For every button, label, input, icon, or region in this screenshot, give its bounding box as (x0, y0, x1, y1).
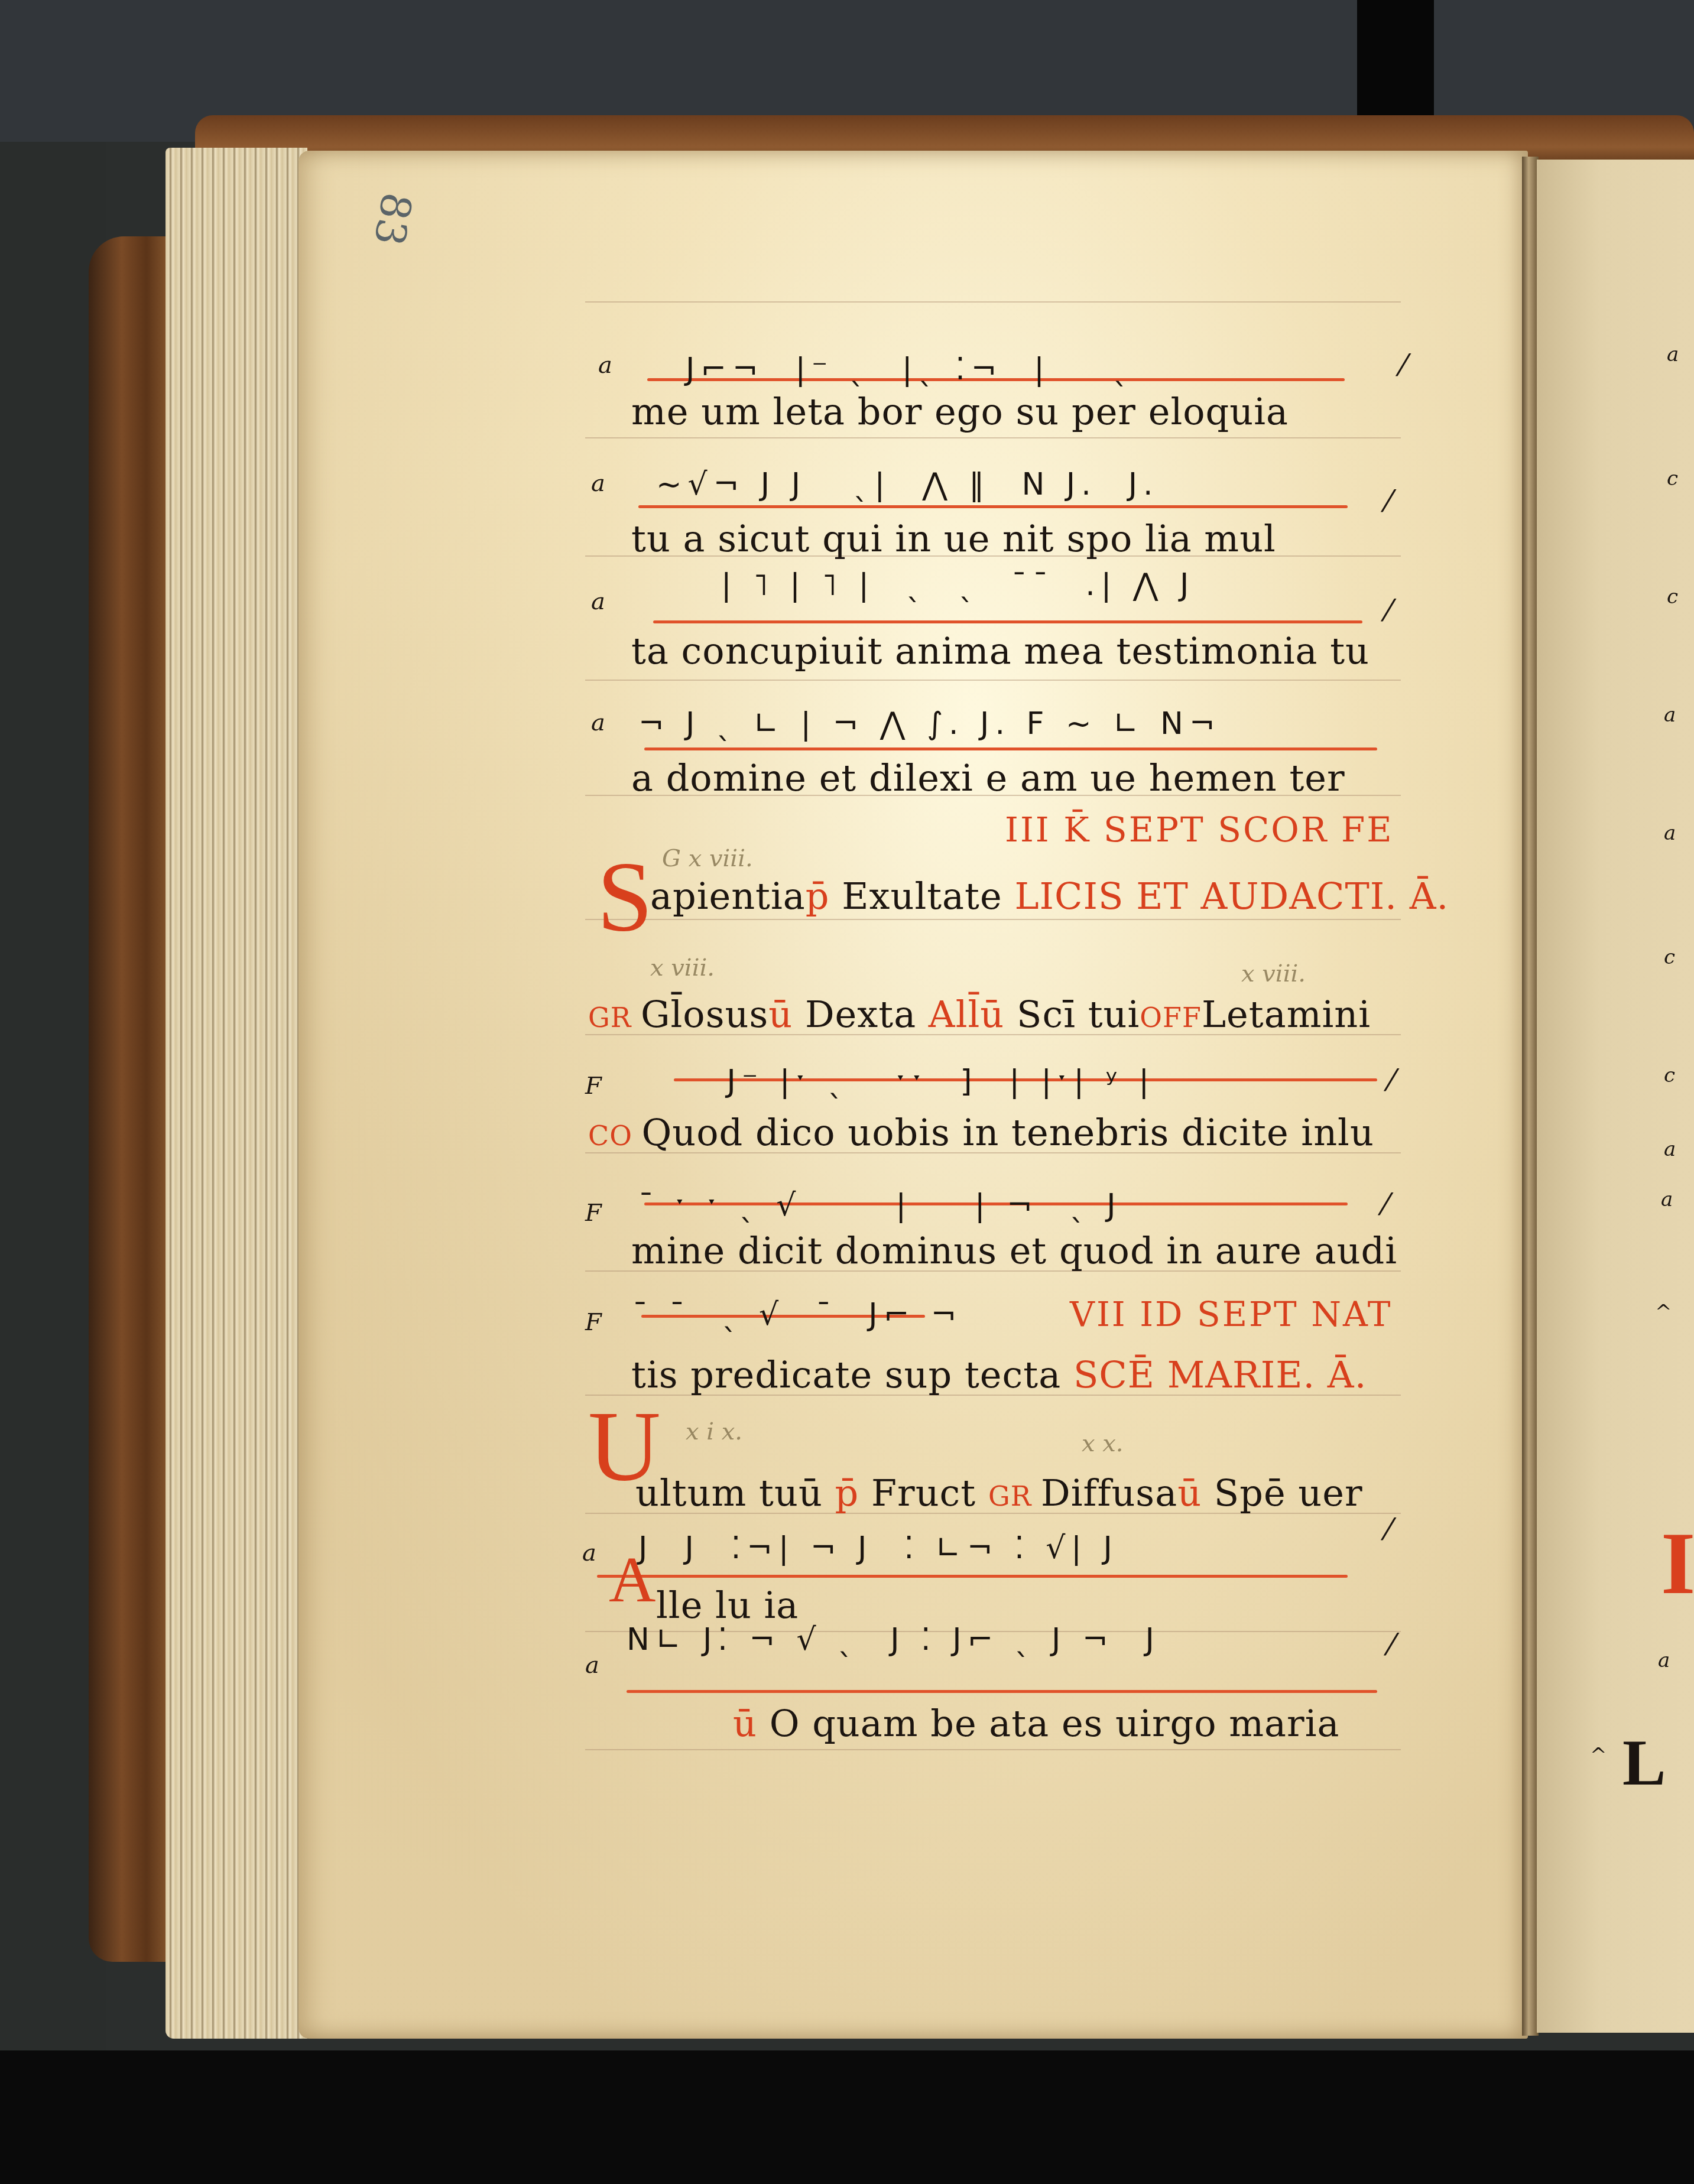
text-span: Quod dico uobis in tenebris dicite inlu (642, 1111, 1374, 1154)
facing-initial: L (1622, 1725, 1666, 1800)
neume-row: ˉ ˉ ˎ √ ˉ J⌐ ¬ (632, 1297, 962, 1332)
neume-row: J J ⁚¬| ¬ J ⁚ ∟¬ ⁚ √| J (638, 1530, 1118, 1566)
ruling-line (585, 680, 1401, 681)
text-span: Gl̄osus (641, 993, 768, 1036)
custos-mark: ⁄ (1389, 1064, 1394, 1098)
neume-row: N∟ J⁚ ¬ √ ˎ J ⁚ J⌐ ˎ J ¬ J (627, 1622, 1160, 1657)
feast-rubric: VII ID SEPT NAT (1070, 1294, 1392, 1334)
lyric-text: ta concupiuit anima mea testimonia tu (631, 629, 1370, 672)
lyric-text: CO Quod dico uobis in tenebris dicite in… (588, 1111, 1374, 1154)
clef-letter: a (591, 470, 605, 497)
text-span: Fruct (859, 1471, 988, 1514)
text-span: Exultate (830, 875, 1015, 918)
custos-mark: ⁄ (1389, 1628, 1394, 1662)
facing-margin-mark: c (1667, 467, 1678, 490)
facing-margin-mark: a (1664, 703, 1676, 727)
backdrop-slot (1357, 0, 1434, 118)
leather-binding-left (89, 236, 171, 1962)
red-staff-line (638, 505, 1348, 508)
lyric-text: tu a sicut qui in ue nit spo lia mul (631, 517, 1276, 560)
red-staff-line (653, 620, 1362, 623)
neume-row: ¬ J ˎ ∟ | ¬ ⋀ ∫. J. F ~ ∟ N¬ (638, 706, 1221, 742)
facing-margin-mark: a (1664, 1137, 1676, 1161)
clef-letter: a (591, 588, 605, 615)
text-span: Letamini (1202, 993, 1371, 1036)
facing-margin-mark: a (1667, 343, 1679, 366)
clef-letter: a (585, 1652, 599, 1679)
red-staff-line (597, 1575, 1348, 1578)
custos-mark: ⁄ (1386, 485, 1391, 519)
red-staff-line (627, 1690, 1377, 1693)
clef-letter: a (582, 1539, 596, 1566)
rubric-span: ū (733, 1702, 770, 1745)
rubric-span: GR (988, 1480, 1041, 1512)
lyric-text: ū O quam be ata es uirgo maria (733, 1702, 1339, 1745)
ruling-line (585, 1749, 1401, 1750)
decorated-initial-s: S (597, 839, 653, 954)
facing-margin-mark: ^ (1590, 1743, 1607, 1767)
text-span: Scī tui (1017, 993, 1140, 1036)
rubric-span: p̄ (835, 1471, 859, 1514)
rubric-span: ū (1177, 1471, 1214, 1514)
facing-page (1537, 160, 1694, 2033)
rubric-span: SCĒ MARIE. Ā. (1073, 1353, 1367, 1396)
mode-annotation: x viii. (650, 954, 715, 981)
book-gutter (1522, 157, 1539, 2036)
text-span: Dexta (805, 993, 929, 1036)
lyric-text: lle lu ia (656, 1584, 799, 1627)
red-staff-line (644, 747, 1377, 750)
lyric-text: tis predicate sup tecta SCĒ MARIE. Ā. (631, 1353, 1367, 1396)
facing-margin-mark: a (1664, 821, 1676, 845)
text-span: Spē uer (1214, 1471, 1363, 1514)
folio-number: 83 (364, 189, 421, 249)
mode-annotation: x viii. (1241, 960, 1306, 987)
ruling-line (585, 919, 1401, 920)
rubric-span: All̄ū (929, 993, 1017, 1036)
custos-mark: ⁄ (1386, 1513, 1391, 1547)
lyric-text: ultum tuū p̄ Fruct GR Diffusaū Spē uer (635, 1471, 1363, 1514)
facing-margin-mark: c (1667, 585, 1678, 609)
custos-mark: ⁄ (1401, 349, 1406, 383)
facing-margin-mark: a (1661, 1188, 1673, 1211)
rubric-span: ū (768, 993, 805, 1036)
rubric-span: p̄ (806, 875, 830, 918)
page-edges-stack (165, 148, 307, 2039)
text-span: tis predicate sup tecta (631, 1353, 1073, 1396)
text-span: O quam be ata es uirgo maria (770, 1702, 1340, 1745)
clef-letter: F (585, 1200, 602, 1227)
facing-margin-mark: ^ (1655, 1300, 1672, 1324)
custos-mark: ⁄ (1386, 594, 1391, 628)
text-span: Diffusa (1041, 1471, 1177, 1514)
facing-margin-mark: c (1664, 1064, 1675, 1087)
text-span: ultum tuū (635, 1471, 835, 1514)
mode-annotation: x i x. (686, 1418, 742, 1445)
lyric-text: apientiap̄ Exultate LICIS ET AUDACTI. Ā. (650, 875, 1449, 918)
neume-row: J⌐¬ |⁻ ˎ |ˎ ⁚¬ | ˎ (686, 352, 1134, 387)
feast-rubric: III K̄ SEPT SCOR FE (1005, 810, 1394, 850)
mode-annotation: x x. (1082, 1430, 1124, 1457)
rubric-span: CO (588, 1120, 642, 1152)
lyric-text: a domine et dilexi e am ue hemen ter (631, 756, 1345, 799)
rubric-span: LICIS ET AUDACTI. Ā. (1014, 875, 1449, 918)
clef-letter: a (591, 709, 605, 736)
facing-margin-mark: c (1664, 945, 1675, 969)
lyric-text: mine dicit dominus et quod in aure audi (631, 1229, 1397, 1272)
neume-row: ˉ ˑ ˑ ˎ √ | | ¬ ˎ J (638, 1188, 1122, 1223)
clef-letter: F (585, 1072, 602, 1100)
rubric-span: OFF (1140, 1002, 1202, 1033)
neume-row: J⁻ |ˑ ˎ ˑˑ ] | |ˑ| ʸ | (680, 1064, 1155, 1099)
facing-margin-mark: a (1658, 1649, 1670, 1672)
rubric-span: GR (588, 1002, 641, 1033)
neume-row: ~√¬ J J ˎ| ⋀ ‖ N J. J. (656, 467, 1159, 502)
backdrop-bottom (0, 2050, 1694, 2184)
clef-letter: F (585, 1309, 602, 1336)
custos-mark: ⁄ (1383, 1188, 1388, 1222)
lyric-text: GR Gl̄osusū Dexta All̄ū Scī tuiOFFLetami… (588, 993, 1371, 1036)
ruling-line (585, 301, 1401, 303)
decorated-initial-a: A (609, 1542, 655, 1617)
clef-letter: a (598, 352, 612, 379)
neume-row: | ˥ | ˥ | ˎ ˎ ˉˉ .| ⋀ J (721, 567, 1195, 603)
mode-annotation: G x viii. (662, 845, 753, 872)
lyric-text: me um leta bor ego su per eloquia (631, 390, 1289, 433)
text-span: apientia (650, 875, 806, 918)
ruling-line (585, 437, 1401, 438)
facing-initial-rubric: I (1661, 1513, 1694, 1614)
